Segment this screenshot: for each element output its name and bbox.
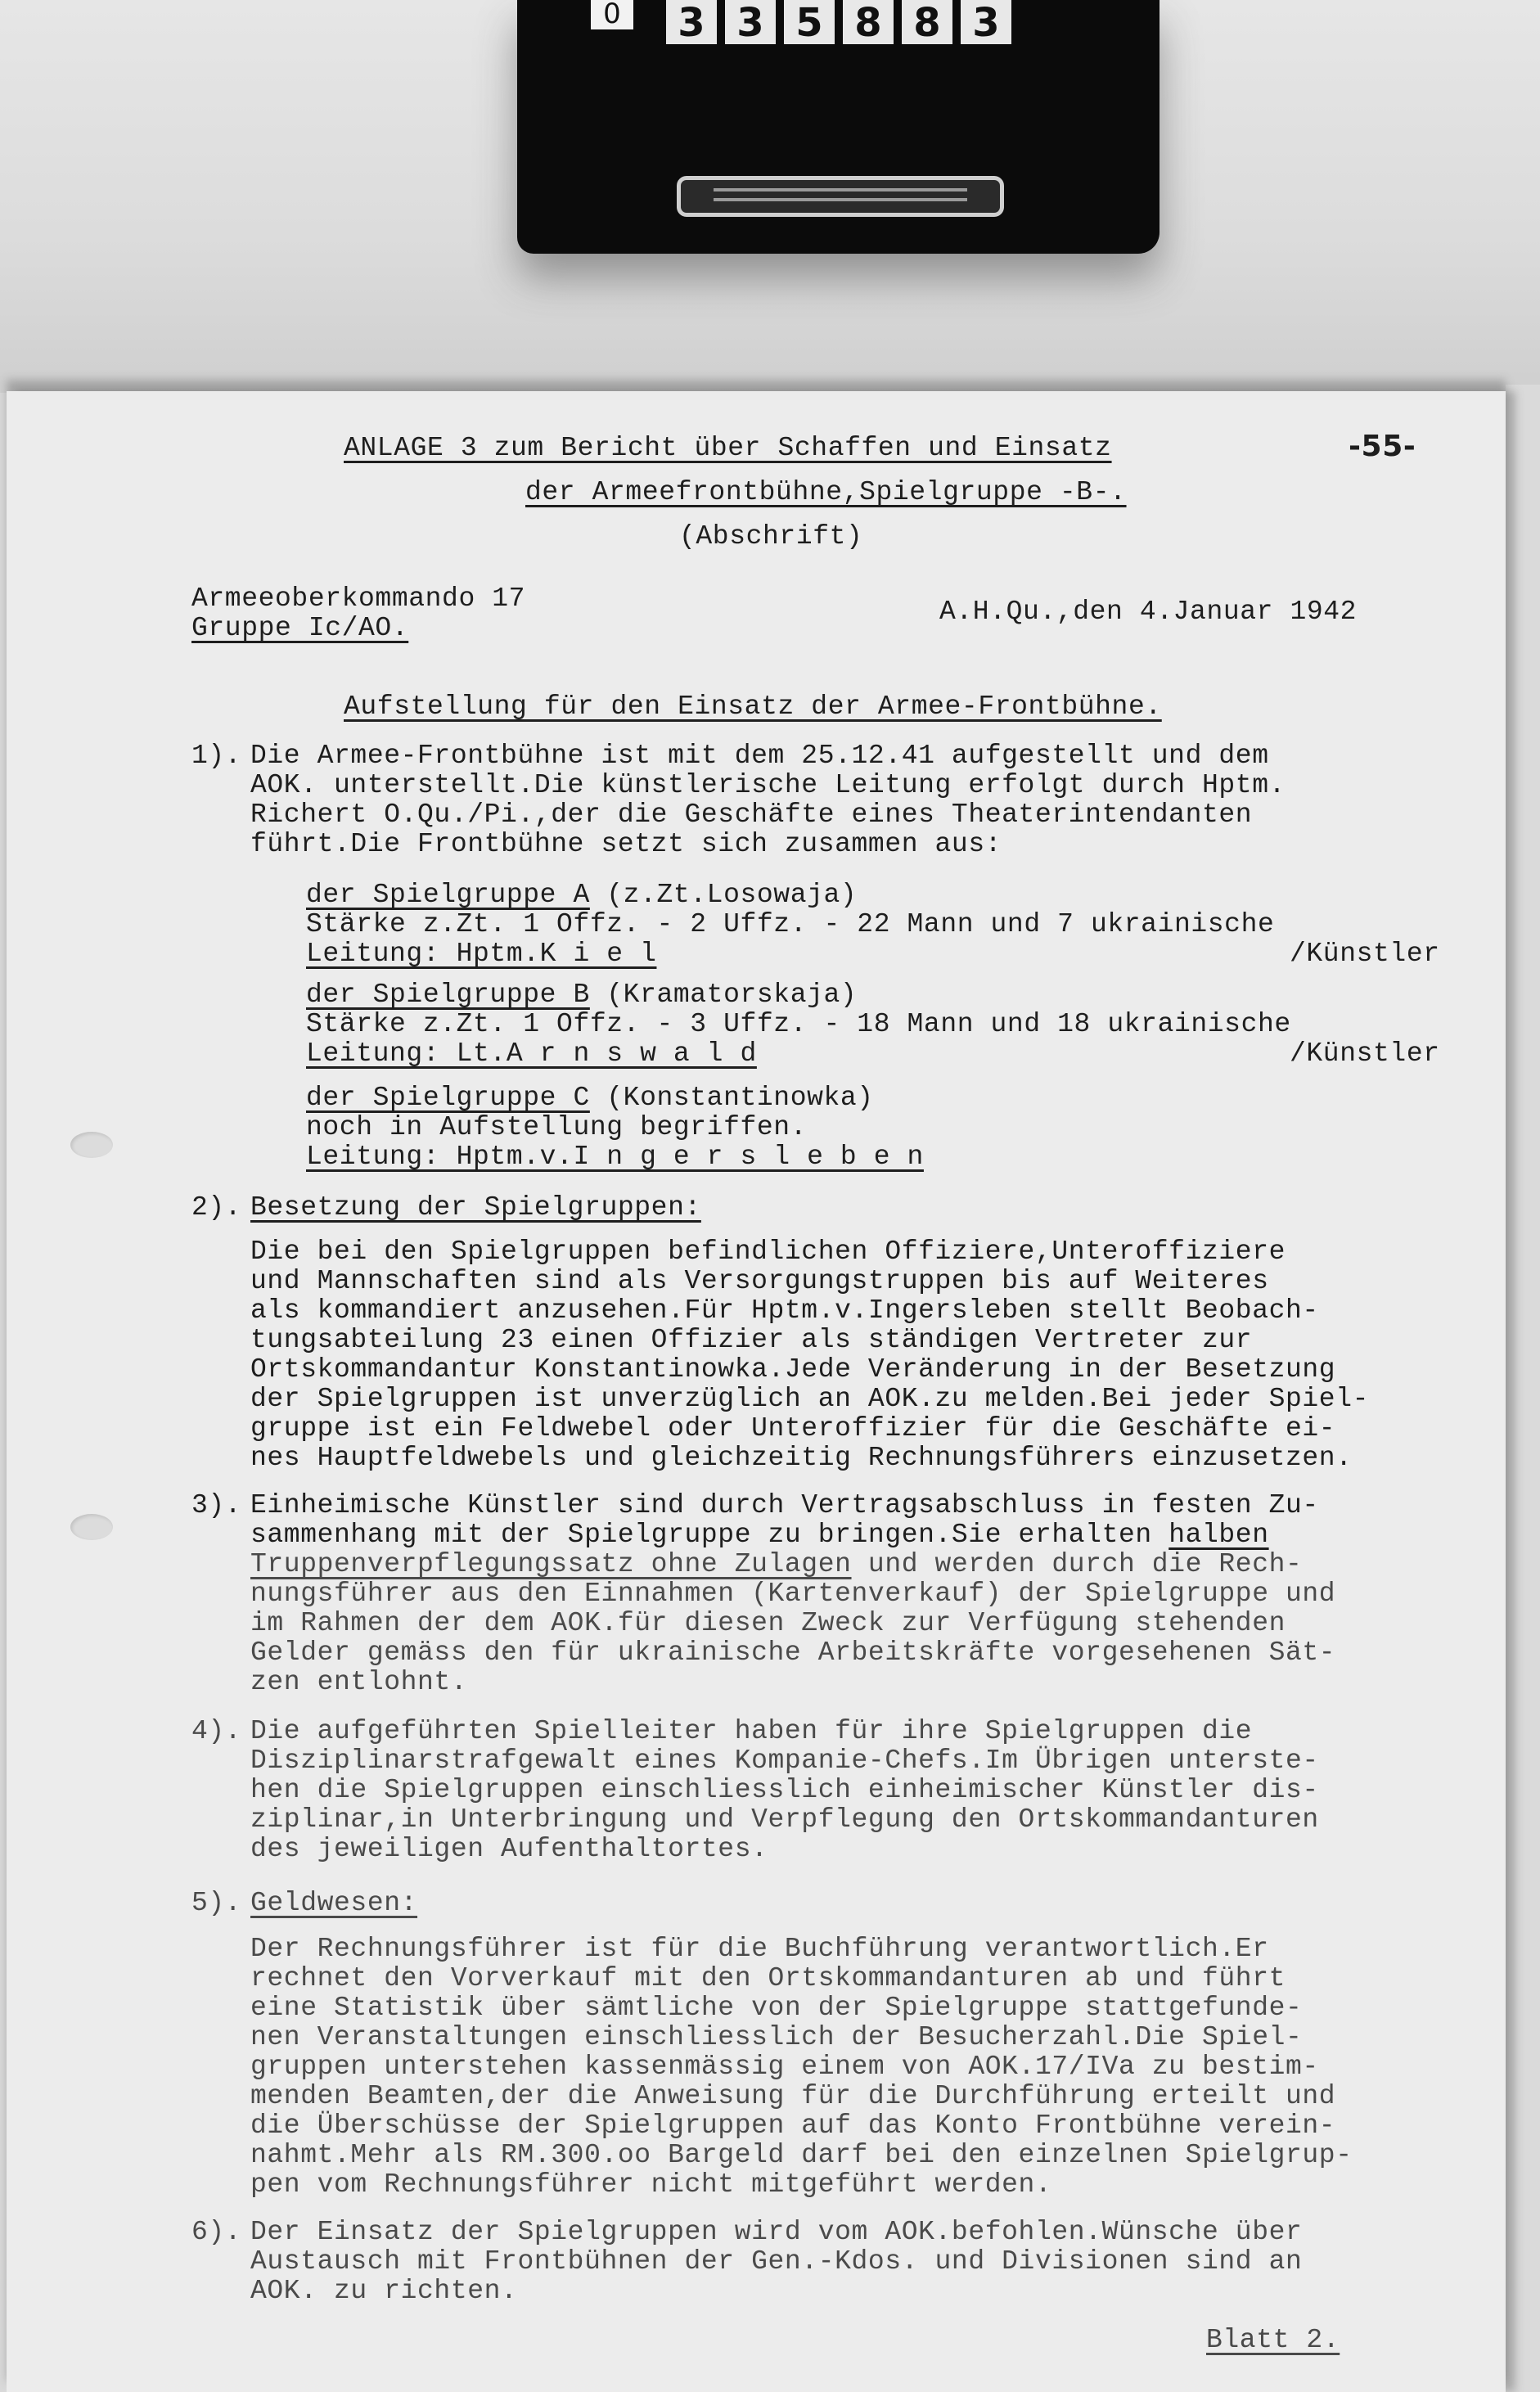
continuation-note: Blatt 2. <box>1206 2326 1340 2355</box>
section-2-line: Die bei den Spielgruppen befindlichen Of… <box>250 1237 1286 1267</box>
section-4-line: hen die Spielgruppen einschliesslich ein… <box>250 1776 1319 1805</box>
section-4-line: des jeweiligen Aufenthaltortes. <box>250 1835 768 1864</box>
counter-digit: 8 <box>902 0 952 44</box>
section-2-line: als kommandiert anzusehen.Für Hptm.v.Ing… <box>250 1296 1319 1326</box>
punch-hole <box>70 1514 113 1540</box>
counter-digit: 5 <box>784 0 835 44</box>
group-a-header: der Spielgruppe A (z.Zt.Losowaja) <box>306 881 857 910</box>
section-6-line: AOK. zu richten. <box>250 2277 517 2306</box>
section-1-line: führt.Die Frontbühne setzt sich zusammen… <box>250 830 1002 859</box>
page-edge-shadow <box>1506 385 1540 2392</box>
section-5-line: Der Rechnungsführer ist für die Buchführ… <box>250 1935 1269 1964</box>
page-number: -55- <box>1349 432 1416 462</box>
section-2-line: gruppe ist ein Feldwebel oder Unteroffiz… <box>250 1414 1335 1444</box>
section-number-3: 3). <box>191 1491 241 1520</box>
section-3-line: zen entlohnt. <box>250 1668 467 1697</box>
group-b-suffix: /Künstler <box>1290 1039 1440 1069</box>
title-line-1: ANLAGE 3 zum Bericht über Schaffen und E… <box>344 434 1112 463</box>
group-c-header: der Spielgruppe C (Konstantinowka) <box>306 1083 874 1113</box>
section-3-line: Truppenverpflegungssatz ohne Zulagen und… <box>250 1550 1302 1579</box>
counter-digit: 0 <box>591 0 633 29</box>
section-4-line: Die aufgeführten Spielleiter haben für i… <box>250 1717 1252 1746</box>
title-line-2: der Armeefrontbühne,Spielgruppe -B-. <box>525 478 1127 507</box>
group-b-strength: Stärke z.Zt. 1 Offz. - 3 Uffz. - 18 Mann… <box>306 1010 1291 1039</box>
group-a-leader: Leitung: Hptm.K i e l <box>306 939 656 969</box>
section-3-line: im Rahmen der dem AOK.für diesen Zweck z… <box>250 1609 1286 1638</box>
section-2-line: der Spielgruppen ist unverzüglich an AOK… <box>250 1385 1369 1414</box>
section-number-6: 6). <box>191 2218 241 2247</box>
section-2-line: und Mannschaften sind als Versorgungstru… <box>250 1267 1269 1296</box>
numbering-stamp-device: 0 3 3 5 8 8 3 <box>517 0 1160 254</box>
section-3-line: sammenhang mit der Spielgruppe zu bringe… <box>250 1520 1269 1550</box>
counter: 0 3 3 5 8 8 3 <box>591 0 1011 44</box>
sender-line-2: Gruppe Ic/AO. <box>191 614 408 643</box>
counter-digit: 3 <box>666 0 717 44</box>
section-3-line: nungsführer aus den Einnahmen (Kartenver… <box>250 1579 1335 1609</box>
section-5-line: die Überschüsse der Spielgruppen auf das… <box>250 2111 1335 2141</box>
section-5-title: Geldwesen: <box>250 1889 417 1918</box>
section-5-line: nahmt.Mehr als RM.300.oo Bargeld darf be… <box>250 2141 1353 2170</box>
section-4-line: Disziplinarstrafgewalt eines Kompanie-Ch… <box>250 1746 1319 1776</box>
punch-hole <box>70 1132 113 1158</box>
group-a-strength: Stärke z.Zt. 1 Offz. - 2 Uffz. - 22 Mann… <box>306 910 1274 939</box>
typed-document-page: ANLAGE 3 zum Bericht über Schaffen und E… <box>7 391 1506 2392</box>
section-1-line: Richert O.Qu./Pi.,der die Geschäfte eine… <box>250 800 1252 830</box>
counter-digit: 8 <box>843 0 894 44</box>
place-date: A.H.Qu.,den 4.Januar 1942 <box>939 597 1357 627</box>
section-number-2: 2). <box>191 1193 241 1223</box>
group-c-leader: Leitung: Hptm.v.I n g e r s l e b e n <box>306 1142 924 1172</box>
group-b-leader: Leitung: Lt.A r n s w a l d <box>306 1039 757 1069</box>
counter-digit: 3 <box>961 0 1011 44</box>
section-2-title: Besetzung der Spielgruppen: <box>250 1193 701 1223</box>
section-1-line: Die Armee-Frontbühne ist mit dem 25.12.4… <box>250 741 1269 771</box>
subtitle: (Abschrift) <box>679 522 862 552</box>
section-1-line: AOK. unterstellt.Die künstlerische Leitu… <box>250 771 1286 800</box>
section-2-line: tungsabteilung 23 einen Offizier als stä… <box>250 1326 1252 1355</box>
section-5-line: gruppen unterstehen kassenmässig einem v… <box>250 2052 1319 2082</box>
section-5-line: eine Statistik über sämtliche von der Sp… <box>250 1993 1302 2023</box>
maker-plate <box>677 176 1004 217</box>
section-5-line: menden Beamten,der die Anweisung für die… <box>250 2082 1335 2111</box>
sender-line-1: Armeeoberkommando 17 <box>191 584 525 614</box>
section-5-line: pen vom Rechnungsführer nicht mitgeführt… <box>250 2170 1051 2200</box>
group-c-status: noch in Aufstellung begriffen. <box>306 1113 807 1142</box>
section-6-line: Der Einsatz der Spielgruppen wird vom AO… <box>250 2218 1302 2247</box>
group-b-header: der Spielgruppe B (Kramatorskaja) <box>306 980 857 1010</box>
section-4-line: ziplinar,in Unterbringung und Verpflegun… <box>250 1805 1319 1835</box>
counter-digit: 3 <box>725 0 776 44</box>
section-number-4: 4). <box>191 1717 241 1746</box>
section-3-line: Gelder gemäss den für ukrainische Arbeit… <box>250 1638 1335 1668</box>
document-heading: Aufstellung für den Einsatz der Armee-Fr… <box>344 692 1162 722</box>
section-5-line: nen Veranstaltungen einschliesslich der … <box>250 2023 1302 2052</box>
group-a-suffix: /Künstler <box>1290 939 1440 969</box>
section-6-line: Austausch mit Frontbühnen der Gen.-Kdos.… <box>250 2247 1302 2277</box>
section-2-line: nes Hauptfeldwebels und gleichzeitig Rec… <box>250 1444 1353 1473</box>
section-2-line: Ortskommandantur Konstantinowka.Jede Ver… <box>250 1355 1335 1385</box>
section-number-5: 5). <box>191 1889 241 1918</box>
section-number-1: 1). <box>191 741 241 771</box>
section-3-line: Einheimische Künstler sind durch Vertrag… <box>250 1491 1319 1520</box>
section-5-line: rechnet den Vorverkauf mit den Ortskomma… <box>250 1964 1286 1993</box>
